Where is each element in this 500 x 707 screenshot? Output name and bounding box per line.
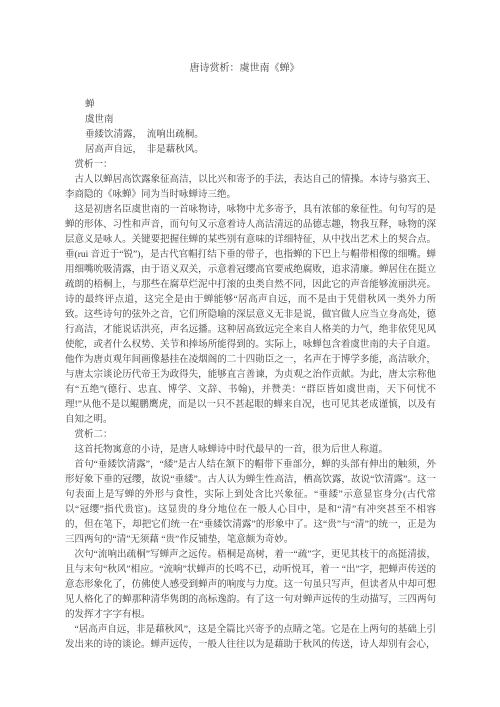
document-title: 唐诗赏析：虞世南《蝉》 — [65, 61, 424, 76]
poem-block: 蝉 虞世南 垂緌饮清露， 流响出疏桐。 居高声自远， 非是藉秋风。 — [85, 98, 436, 158]
section-appreciation-1: 赏析一： 古人以蝉居高饮露象征高洁，以比兴和寄予的手法，表达自己的情操。本诗与骆… — [65, 158, 436, 428]
paragraph: “居高声自远，非是藉秋风”，这是全篇比兴寄予的点睛之笔。它是在上两句的基础上引发… — [65, 623, 436, 653]
poem-line: 垂緌饮清露， 流响出疏桐。 — [85, 128, 436, 143]
document-page: 唐诗赏析：虞世南《蝉》 蝉 虞世南 垂緌饮清露， 流响出疏桐。 居高声自远， 非… — [0, 0, 500, 707]
section-appreciation-2: 赏析二： 这首托物寓意的小诗，是唐人咏蝉诗中时代最早的一首，很为后世人称道。 首… — [65, 428, 436, 653]
section-heading: 赏析二： — [65, 428, 436, 443]
paragraph: 古人以蝉居高饮露象征高洁，以比兴和寄予的手法，表达自己的情操。本诗与骆宾王、李商… — [65, 173, 436, 203]
paragraph: 这首托物寓意的小诗，是唐人咏蝉诗中时代最早的一首，很为后世人称道。 — [65, 443, 436, 458]
poem-title: 蝉 — [85, 98, 436, 113]
document-content: 唐诗赏析：虞世南《蝉》 蝉 虞世南 垂緌饮清露， 流响出疏桐。 居高声自远， 非… — [65, 61, 436, 653]
paragraph: 首句“垂緌饮清露”，“緌”是古人结在颔下的帽带下垂部分，蝉的头部有伸出的触须，外… — [65, 458, 436, 548]
poem-author: 虞世南 — [85, 113, 436, 128]
poem-line: 居高声自远， 非是藉秋风。 — [85, 143, 436, 158]
paragraph: 次句“流响出疏桐”写蝉声之远传。梧桐是高树，着一“疏”字，更见其枝干的高挺清拔，… — [65, 548, 436, 623]
paragraph: 这是初唐名臣虞世南的一首咏物诗，咏物中尤多寄予，具有浓郁的象征性。句句写的是蝉的… — [65, 203, 436, 428]
section-heading: 赏析一： — [65, 158, 436, 173]
